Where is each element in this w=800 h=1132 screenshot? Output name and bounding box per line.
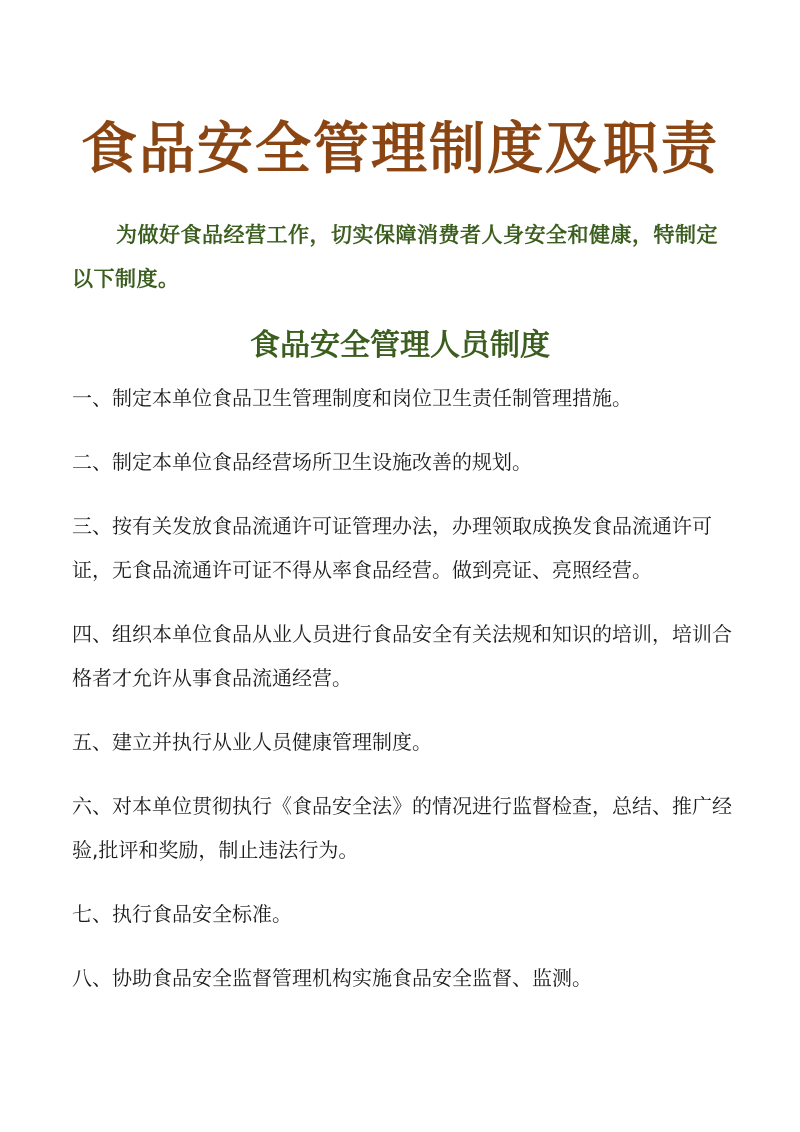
- intro-paragraph: 为做好食品经营工作，切实保障消费者人身安全和健康，特制定以下制度。: [72, 213, 732, 301]
- list-item: 六、对本单位贯彻执行《食品安全法》的情况进行监督检查，总结、推广经验,批评和奖励…: [72, 784, 737, 872]
- rules-list: 一、制定本单位食品卫生管理制度和岗位卫生责任制管理措施。 二、制定本单位食品经营…: [72, 376, 737, 1020]
- list-item: 三、按有关发放食品流通许可证管理办法，办理领取成换发食品流通许可证，无食品流通许…: [72, 504, 737, 592]
- list-item: 八、协助食品安全监督管理机构实施食品安全监督、监测。: [72, 956, 737, 1000]
- document-title: 食品安全管理制度及职责: [0, 110, 800, 190]
- section-title: 食品安全管理人员制度: [0, 322, 800, 370]
- list-item: 二、制定本单位食品经营场所卫生设施改善的规划。: [72, 440, 737, 484]
- list-item: 四、组织本单位食品从业人员进行食品安全有关法规和知识的培训，培训合格者才允许从事…: [72, 612, 737, 700]
- list-item: 五、建立并执行从业人员健康管理制度。: [72, 720, 737, 764]
- list-item: 一、制定本单位食品卫生管理制度和岗位卫生责任制管理措施。: [72, 376, 737, 420]
- list-item: 七、执行食品安全标准。: [72, 892, 737, 936]
